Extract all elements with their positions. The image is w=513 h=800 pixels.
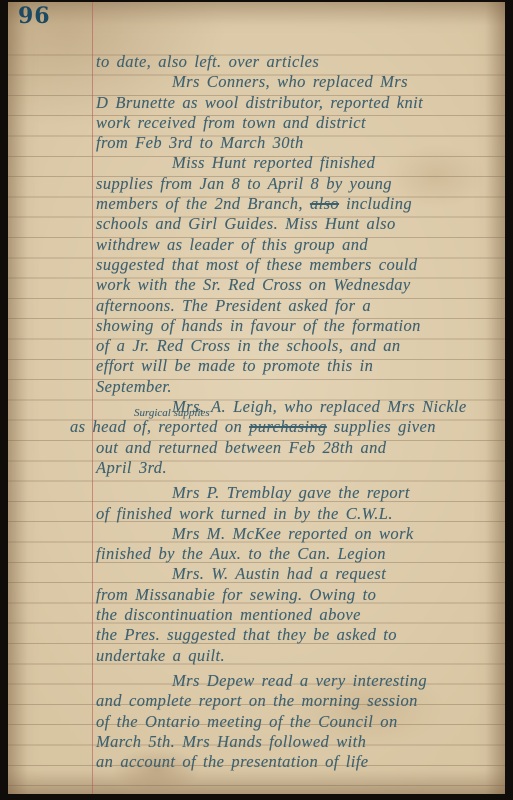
- minute-book-page: 96 to date, also left. over articles Mrs…: [0, 0, 513, 800]
- handwritten-line: the Pres. suggested that they be asked t…: [96, 625, 502, 645]
- line-text: including: [339, 194, 412, 213]
- handwritten-line: schools and Girl Guides. Miss Hunt also: [96, 214, 502, 234]
- handwritten-line: supplies from Jan 8 to April 8 by young: [96, 174, 502, 194]
- handwritten-line: D Brunette as wool distributor, reported…: [96, 93, 502, 113]
- handwritten-line: of a Jr. Red Cross in the schools, and a…: [96, 336, 502, 356]
- handwritten-line: afternoons. The President asked for a: [96, 296, 502, 316]
- handwritten-line: Mrs Conners, who replaced Mrs: [96, 72, 502, 92]
- handwritten-line: September.: [96, 377, 502, 397]
- handwritten-line: the discontinuation mentioned above: [96, 605, 502, 625]
- handwritten-line: Mrs Depew read a very interesting: [96, 671, 502, 691]
- handwritten-line: from Feb 3rd to March 30th: [96, 133, 502, 153]
- line-text: as head of, reported on: [70, 417, 249, 436]
- handwritten-line: withdrew as leader of this group and: [96, 235, 502, 255]
- line-text: supplies given: [327, 417, 436, 436]
- handwritten-line: suggested that most of these members cou…: [96, 255, 502, 275]
- handwritten-line: Mrs M. McKee reported on work: [96, 524, 502, 544]
- margin-line: [92, 2, 93, 794]
- handwritten-line: an account of the presentation of life: [96, 752, 502, 772]
- handwritten-line: and complete report on the morning sessi…: [96, 691, 502, 711]
- handwritten-line: Mrs. W. Austin had a request: [96, 564, 502, 584]
- handwritten-line: of finished work turned in by the C.W.L.: [96, 504, 502, 524]
- struck-word: purchasing: [249, 417, 327, 436]
- handwritten-line: work received from town and district: [96, 113, 502, 133]
- handwritten-line: work with the Sr. Red Cross on Wednesday: [96, 275, 502, 295]
- handwritten-line: effort will be made to promote this in: [96, 356, 502, 376]
- handwritten-line: April 3rd.: [96, 458, 502, 478]
- handwritten-line: Mrs P. Tremblay gave the report: [96, 483, 502, 503]
- handwritten-line: from Missanabie for sewing. Owing to: [96, 585, 502, 605]
- paper-sheet: 96 to date, also left. over articles Mrs…: [8, 2, 505, 794]
- handwritten-line: undertake a quilt.: [96, 646, 502, 666]
- handwritten-line: finished by the Aux. to the Can. Legion: [96, 544, 502, 564]
- handwritten-line: out and returned between Feb 28th and: [96, 438, 502, 458]
- struck-word: also: [310, 194, 339, 213]
- handwritten-line: Miss Hunt reported finished: [96, 153, 502, 173]
- handwritten-line: showing of hands in favour of the format…: [96, 316, 502, 336]
- handwritten-line: members of the 2nd Branch, also includin…: [96, 194, 502, 214]
- handwritten-line: to date, also left. over articles: [96, 52, 502, 72]
- handwritten-line: of the Ontario meeting of the Council on: [96, 712, 502, 732]
- page-number: 96: [18, 3, 51, 29]
- line-text: members of the 2nd Branch,: [96, 194, 310, 213]
- handwritten-line: March 5th. Mrs Hands followed with: [96, 732, 502, 752]
- handwritten-line: Surgical suppliesas head of, reported on…: [70, 417, 502, 437]
- interline-insertion: Surgical supplies: [134, 408, 210, 419]
- handwritten-entry: to date, also left. over articles Mrs Co…: [96, 52, 502, 772]
